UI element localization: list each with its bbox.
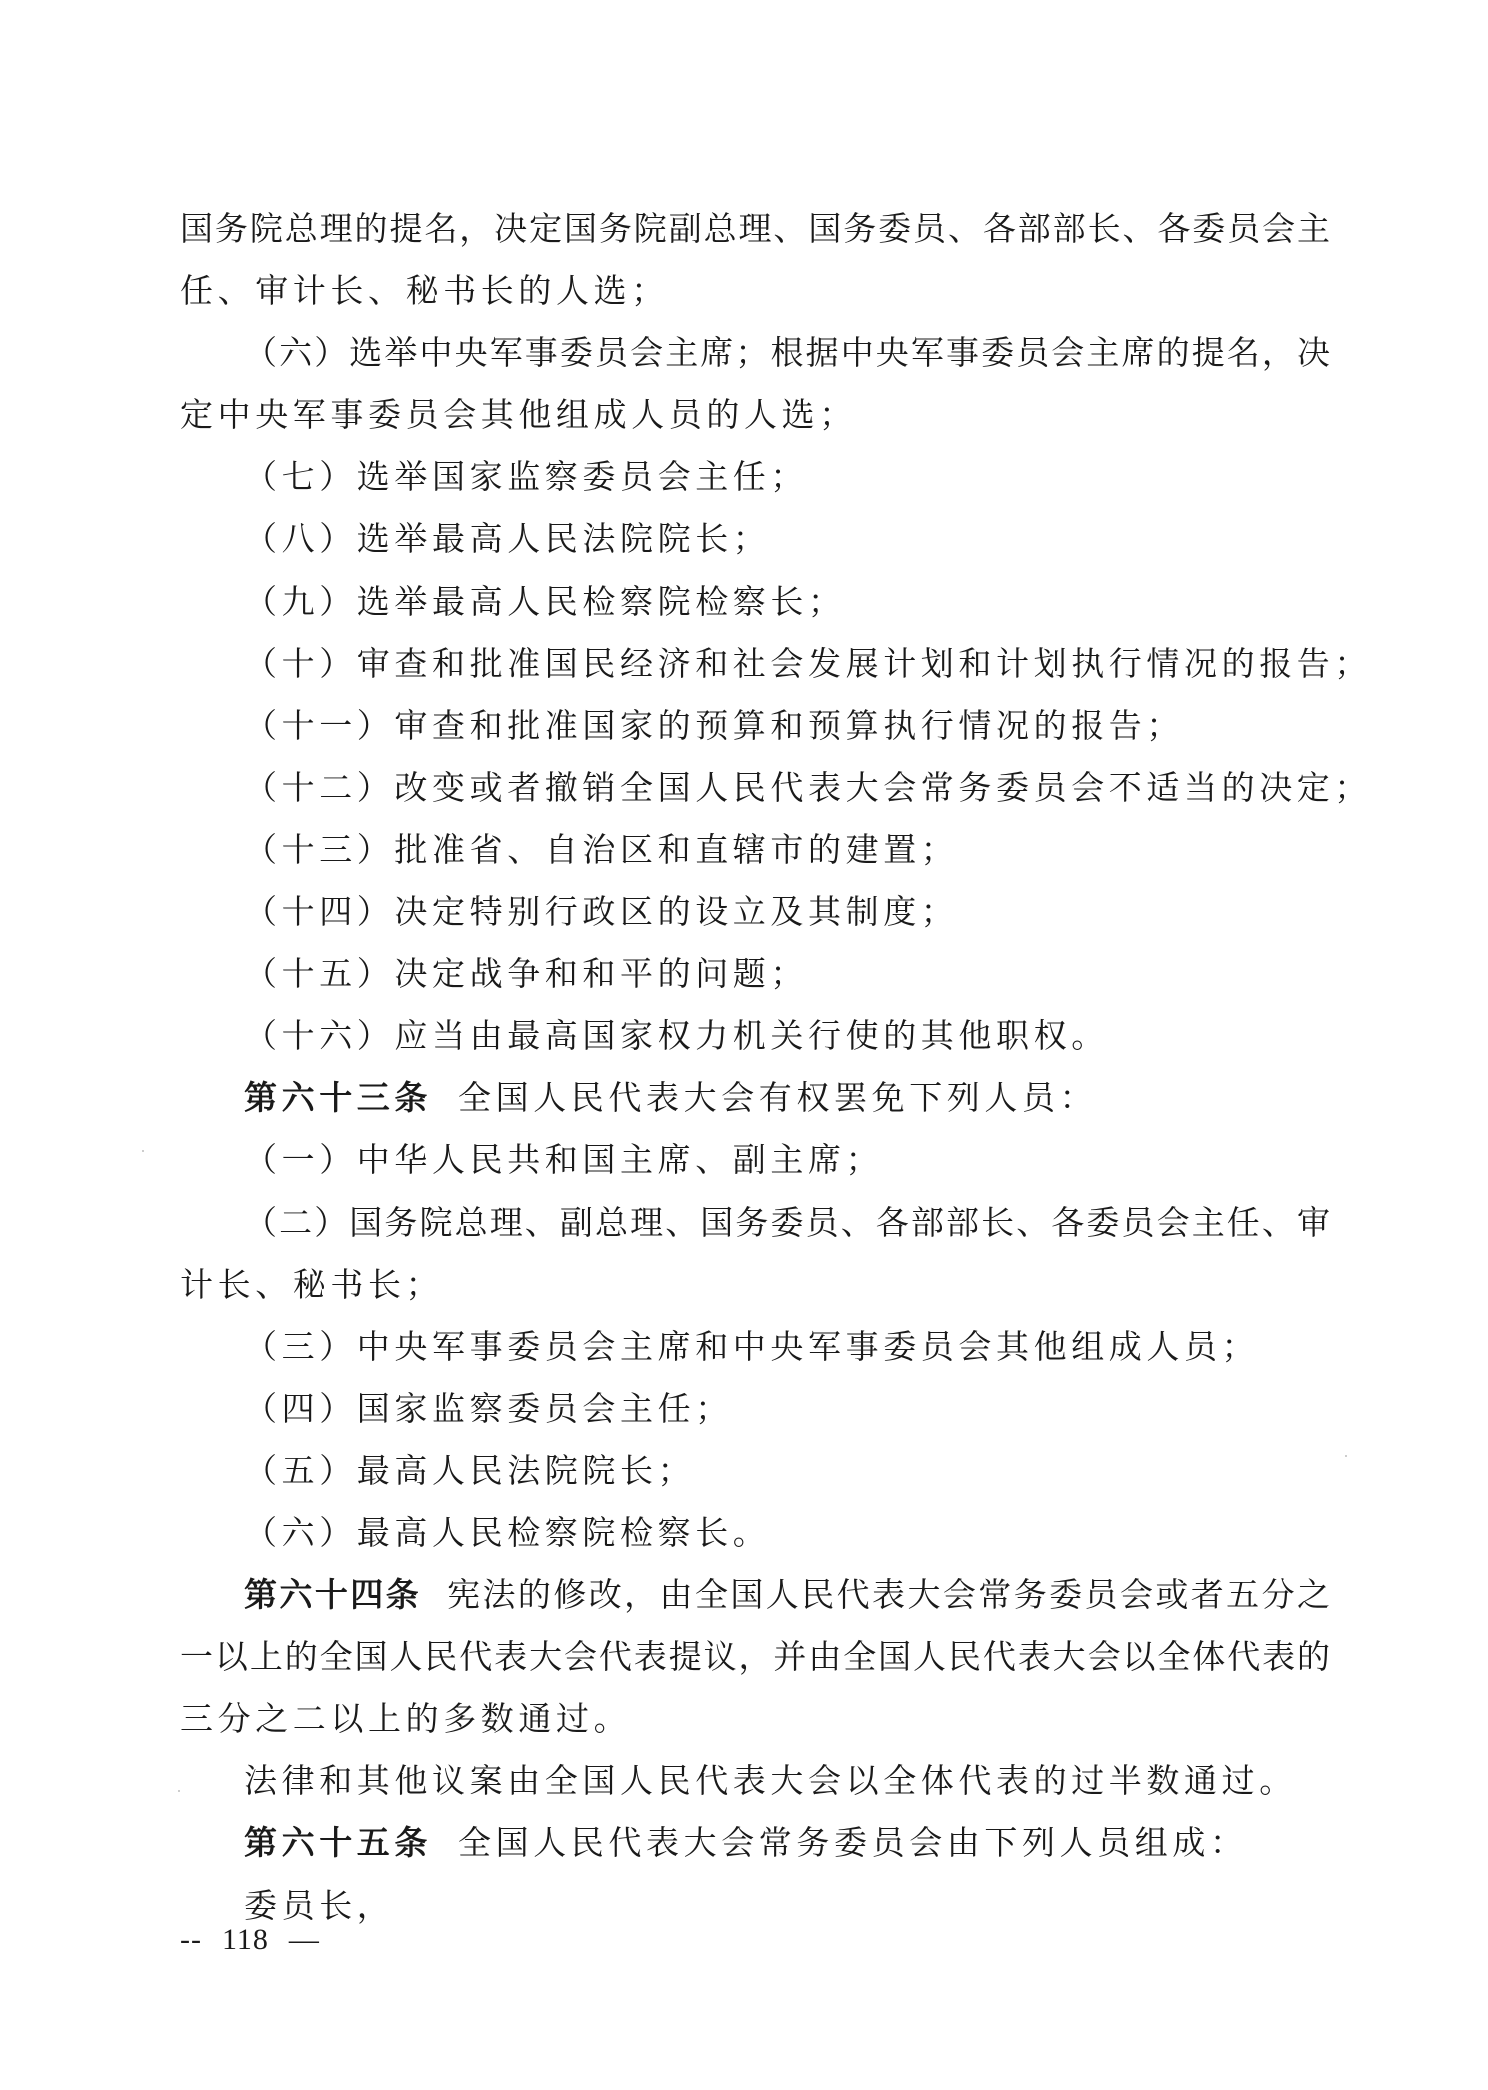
article-text: 宪法的修改，由全国人民代表大会常务委员会或者五分之 xyxy=(447,1575,1330,1614)
text-line: 国务院总理的提名，决定国务院副总理、国务委员、各部部长、各委员会主 xyxy=(180,198,1330,260)
article-64: 第六十四条宪法的修改，由全国人民代表大会常务委员会或者五分之 xyxy=(180,1564,1330,1626)
list-item: （十）审查和批准国民经济和社会发展计划和计划执行情况的报告； xyxy=(180,633,1330,695)
list-item: （十二）改变或者撤销全国人民代表大会常务委员会不适当的决定； xyxy=(180,757,1330,819)
article-number: 第六十四条 xyxy=(244,1575,421,1614)
article-number: 第六十五条 xyxy=(244,1823,432,1862)
list-item: （三）中央军事委员会主席和中央军事委员会其他组成人员； xyxy=(180,1316,1330,1378)
list-item: （七）选举国家监察委员会主任； xyxy=(180,446,1330,508)
page-number-dash-right: — xyxy=(289,1922,320,1958)
scan-speck xyxy=(142,1150,144,1152)
article-63: 第六十三条全国人民代表大会有权罢免下列人员： xyxy=(180,1067,1330,1129)
document-body: 国务院总理的提名，决定国务院副总理、国务委员、各部部长、各委员会主 任、审计长、… xyxy=(180,198,1330,1937)
list-item: （十六）应当由最高国家权力机关行使的其他职权。 xyxy=(180,1005,1330,1067)
list-item: （十三）批准省、自治区和直辖市的建置； xyxy=(180,819,1330,881)
text-line: 任、审计长、秘书长的人选； xyxy=(180,260,1330,322)
list-item: （六）最高人民检察院检察长。 xyxy=(180,1502,1330,1564)
article-number: 第六十三条 xyxy=(244,1078,432,1117)
scan-speck xyxy=(178,1790,180,1792)
list-item: （二）国务院总理、副总理、国务委员、各部部长、各委员会主任、审 xyxy=(180,1192,1330,1254)
page-number: --118— xyxy=(180,1922,320,1958)
list-item: 委员长， xyxy=(180,1875,1330,1937)
scan-speck xyxy=(1345,1455,1347,1457)
page-number-value: 118 xyxy=(222,1922,269,1958)
article-text: 全国人民代表大会有权罢免下列人员： xyxy=(458,1078,1097,1117)
list-item: （四）国家监察委员会主任； xyxy=(180,1378,1330,1440)
document-page: 国务院总理的提名，决定国务院副总理、国务委员、各部部长、各委员会主 任、审计长、… xyxy=(0,0,1488,2090)
text-line: 定中央军事委员会其他组成人员的人选； xyxy=(180,384,1330,446)
list-item: （十四）决定特别行政区的设立及其制度； xyxy=(180,881,1330,943)
text-line: 一以上的全国人民代表大会代表提议，并由全国人民代表大会以全体代表的 xyxy=(180,1626,1330,1688)
list-item: （一）中华人民共和国主席、副主席； xyxy=(180,1129,1330,1191)
page-number-dash-left: -- xyxy=(180,1922,202,1958)
list-item: （九）选举最高人民检察院检察长； xyxy=(180,571,1330,633)
text-line: 三分之二以上的多数通过。 xyxy=(180,1688,1330,1750)
article-text: 全国人民代表大会常务委员会由下列人员组成： xyxy=(458,1823,1248,1862)
list-item: （十一）审查和批准国家的预算和预算执行情况的报告； xyxy=(180,695,1330,757)
list-item: （八）选举最高人民法院院长； xyxy=(180,508,1330,570)
list-item: （六）选举中央军事委员会主席；根据中央军事委员会主席的提名，决 xyxy=(180,322,1330,384)
list-item: （十五）决定战争和和平的问题； xyxy=(180,943,1330,1005)
article-65: 第六十五条全国人民代表大会常务委员会由下列人员组成： xyxy=(180,1812,1330,1874)
list-item: （五）最高人民法院院长； xyxy=(180,1440,1330,1502)
paragraph: 法律和其他议案由全国人民代表大会以全体代表的过半数通过。 xyxy=(180,1750,1330,1812)
text-line: 计长、秘书长； xyxy=(180,1254,1330,1316)
